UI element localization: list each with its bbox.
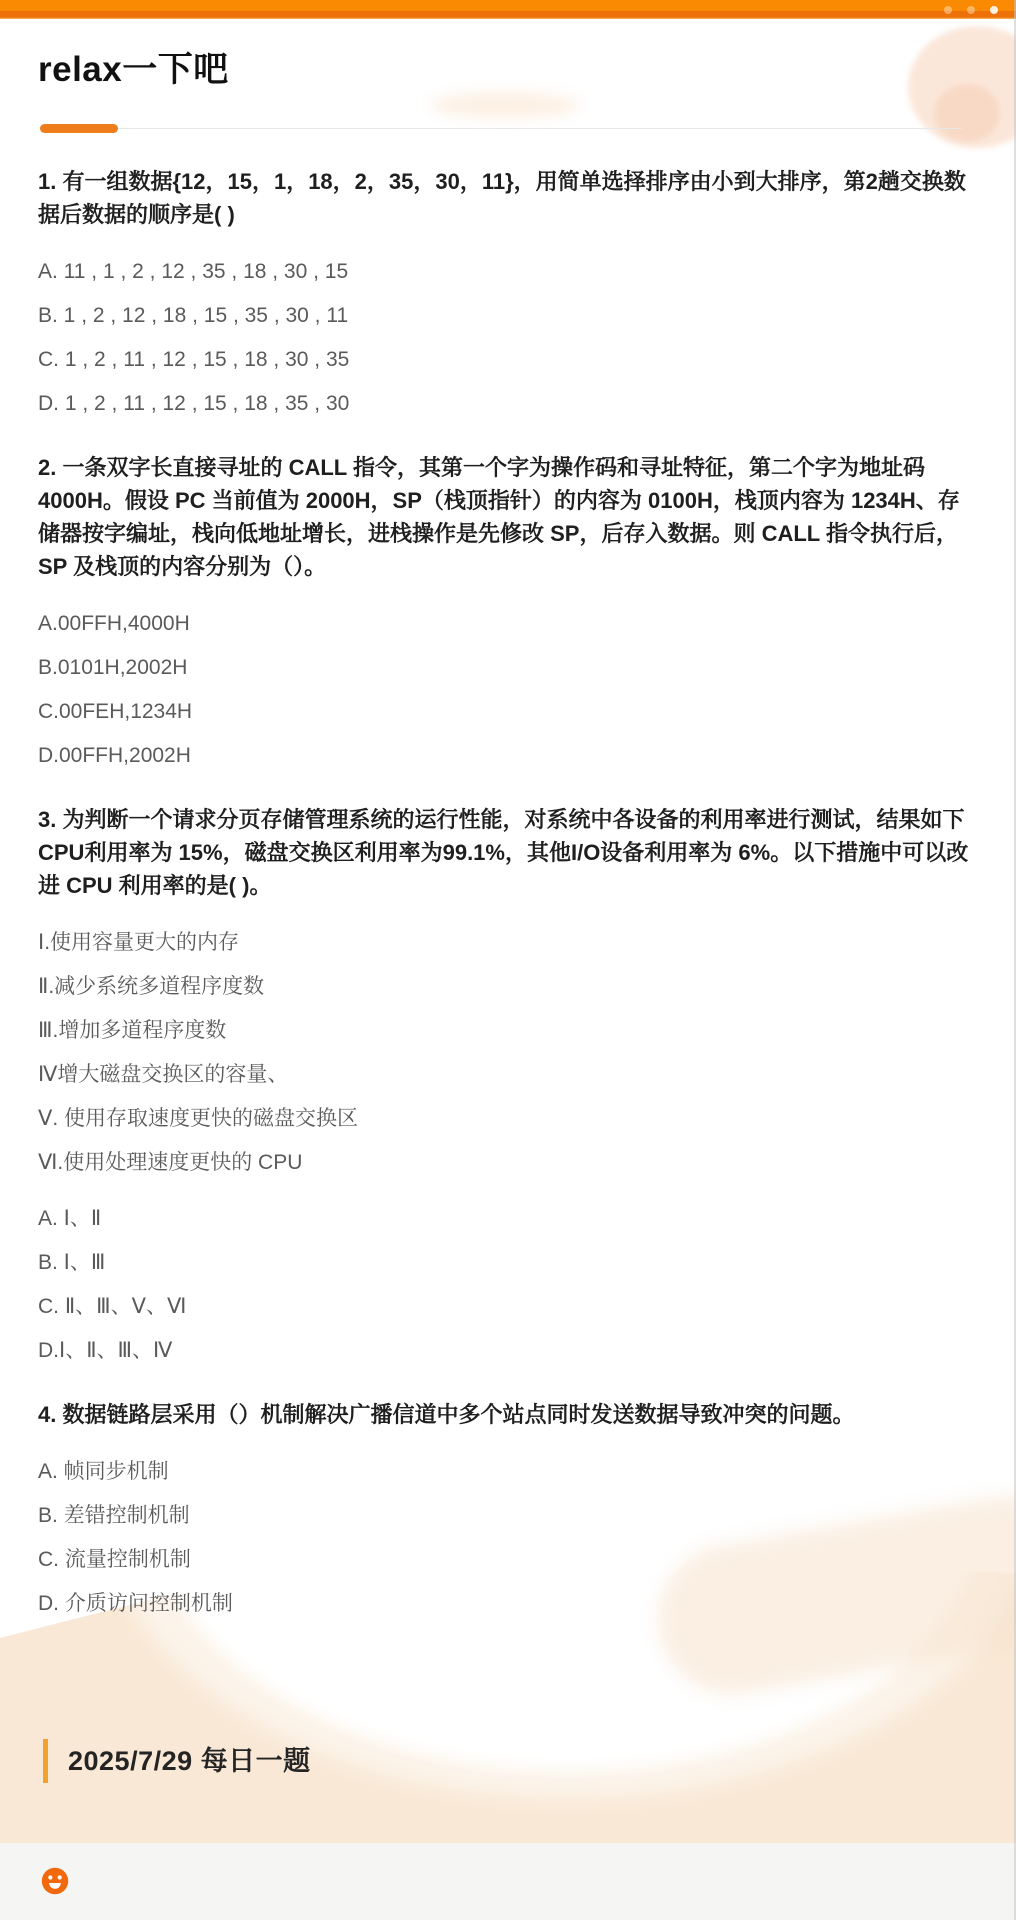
question-text: 4. 数据链路层采用（）机制解决广播信道中多个站点同时发送数据导致冲突的问题。 [38, 1398, 976, 1431]
quiz-article-page: relax一下吧 1. 有一组数据{12，15，1，18，2，35，30，11}… [0, 0, 1016, 1920]
option-a: A. Ⅰ、Ⅱ [38, 1204, 976, 1234]
question-text: 2. 一条双字长直接寻址的 CALL 指令，其第一个字为操作码和寻址特征，第二个… [38, 451, 976, 583]
option-a: A.00FFH,4000H [38, 609, 976, 639]
roman-item-list: Ⅰ.使用容量更大的内存 Ⅱ.减少系统多道程序度数 Ⅲ.增加多道程序度数 Ⅳ增大磁… [38, 928, 976, 1178]
option-a: A. 11 , 1 , 2 , 12 , 35 , 18 , 30 , 15 [38, 257, 976, 287]
roman-item-5: Ⅴ. 使用存取速度更快的磁盘交换区 [38, 1104, 976, 1134]
question-3: 3. 为判断一个请求分页存储管理系统的运行性能，对系统中各设备的利用率进行测试，… [38, 803, 976, 1366]
page-footer [0, 1843, 1016, 1920]
option-c: C.00FEH,1234H [38, 697, 976, 727]
page-title: relax一下吧 [38, 48, 976, 92]
roman-item-3: Ⅲ.增加多道程序度数 [38, 1016, 976, 1046]
question-text: 3. 为判断一个请求分页存储管理系统的运行性能，对系统中各设备的利用率进行测试，… [38, 803, 976, 902]
question-1: 1. 有一组数据{12，15，1，18，2，35，30，11}，用简单选择排序由… [38, 165, 976, 419]
roman-item-1: Ⅰ.使用容量更大的内存 [38, 928, 976, 958]
article-content: relax一下吧 1. 有一组数据{12，15，1，18，2，35，30，11}… [0, 0, 1016, 1619]
option-list: A.00FFH,4000H B.0101H,2002H C.00FEH,1234… [38, 609, 976, 771]
titlebar-dot-icon [967, 6, 975, 14]
title-divider [38, 124, 976, 133]
divider-accent-pill [40, 124, 118, 133]
three-dots-icon [944, 6, 998, 14]
divider-line [40, 128, 962, 129]
option-c: C. 1 , 2 , 11 , 12 , 15 , 18 , 30 , 35 [38, 345, 976, 375]
titlebar-dot-icon [944, 6, 952, 14]
option-d: D. 介质访问控制机制 [38, 1589, 976, 1619]
option-d: D.00FFH,2002H [38, 741, 976, 771]
smiley-icon[interactable] [41, 1867, 69, 1895]
question-4: 4. 数据链路层采用（）机制解决广播信道中多个站点同时发送数据导致冲突的问题。 … [38, 1398, 976, 1619]
option-b: B. 1 , 2 , 12 , 18 , 15 , 35 , 30 , 11 [38, 301, 976, 331]
option-c: C. 流量控制机制 [38, 1545, 976, 1575]
option-list: A. 11 , 1 , 2 , 12 , 35 , 18 , 30 , 15 B… [38, 257, 976, 419]
option-list: A. 帧同步机制 B. 差错控制机制 C. 流量控制机制 D. 介质访问控制机制 [38, 1457, 976, 1619]
option-b: B. Ⅰ、Ⅲ [38, 1248, 976, 1278]
roman-item-2: Ⅱ.减少系统多道程序度数 [38, 972, 976, 1002]
option-d: D.Ⅰ、Ⅱ、Ⅲ、Ⅳ [38, 1336, 976, 1366]
titlebar-dot-icon [990, 6, 998, 14]
option-list: A. Ⅰ、Ⅱ B. Ⅰ、Ⅲ C. Ⅱ、Ⅲ、Ⅴ、Ⅵ D.Ⅰ、Ⅱ、Ⅲ、Ⅳ [38, 1204, 976, 1366]
option-d: D. 1 , 2 , 11 , 12 , 15 , 18 , 35 , 30 [38, 389, 976, 419]
option-b: B.0101H,2002H [38, 653, 976, 683]
daily-topic-label: 2025/7/29 每日一题 [43, 1739, 311, 1783]
daily-topic-text: 2025/7/29 每日一题 [68, 1746, 311, 1776]
window-titlebar [0, 0, 1016, 19]
roman-item-4: Ⅳ增大磁盘交换区的容量、 [38, 1060, 976, 1090]
question-2: 2. 一条双字长直接寻址的 CALL 指令，其第一个字为操作码和寻址特征，第二个… [38, 451, 976, 771]
roman-item-6: Ⅵ.使用处理速度更快的 CPU [38, 1148, 976, 1178]
option-c: C. Ⅱ、Ⅲ、Ⅴ、Ⅵ [38, 1292, 976, 1322]
option-b: B. 差错控制机制 [38, 1501, 976, 1531]
question-text: 1. 有一组数据{12，15，1，18，2，35，30，11}，用简单选择排序由… [38, 165, 976, 231]
option-a: A. 帧同步机制 [38, 1457, 976, 1487]
